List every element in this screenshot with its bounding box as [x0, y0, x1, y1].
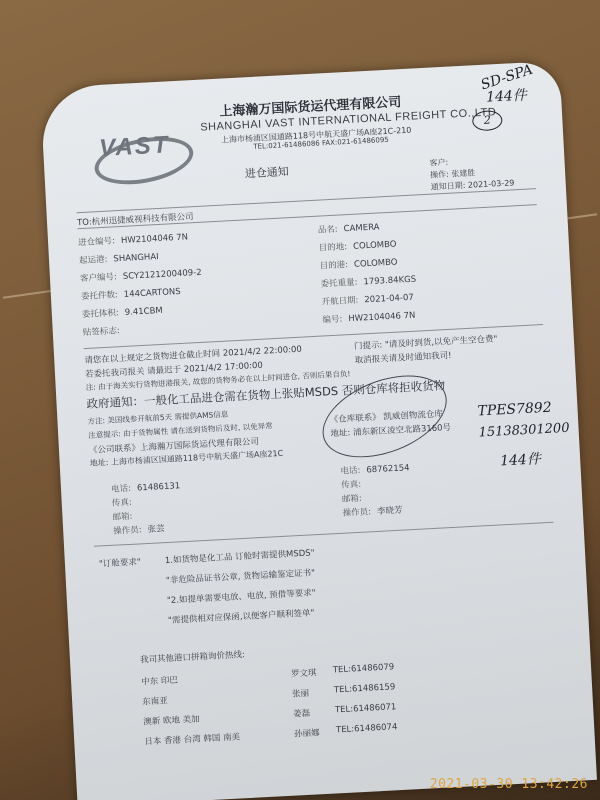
field-label: 传真:	[341, 480, 361, 491]
field-label: 客户编号:	[80, 272, 117, 284]
field-label: 操作员:	[113, 525, 142, 536]
field-label: 贴签标志:	[83, 326, 120, 338]
field-value: COLOMBO	[354, 258, 398, 270]
meta-customer: 客户:	[429, 157, 448, 169]
hotline-tel: TEL:61486079	[333, 662, 395, 675]
field-label: 目的地:	[319, 242, 348, 253]
warehouse-entry-notice: VAST 上海瀚万国际货运代理有限公司 SHANGHAI VAST INTERN…	[40, 61, 597, 800]
field-label: 编号:	[322, 314, 342, 325]
field-value: HW2104046 7N	[348, 311, 416, 324]
shipment-field: 品名:CAMERA	[317, 220, 379, 235]
contact-field: 邮箱:	[342, 491, 368, 504]
vast-logo: VAST	[84, 128, 196, 184]
field-label: 开航日期:	[321, 296, 358, 308]
shipment-field: 开航日期:2021-04-07	[321, 291, 414, 308]
field-label: 电话:	[340, 466, 360, 477]
field-value: HW2104046 7N	[121, 232, 189, 245]
field-value: SCY2121200409-2	[123, 268, 202, 282]
handwritten-code: TPES7892	[477, 400, 552, 420]
shipment-field: 委托重量:1793.84KGS	[320, 273, 416, 290]
contact-field: 电话:68762154	[340, 461, 410, 477]
field-label: 起运港:	[79, 255, 108, 266]
shipment-field: 委托体积:9.41CBM	[82, 304, 163, 320]
hotline-title: 我司其他港口拼箱询价热线:	[140, 648, 245, 665]
field-value	[138, 511, 139, 521]
hotline-tel: TEL:61486071	[335, 702, 397, 715]
booking-requirement: 1.如货物是化工品 订舱时需提供MSDS"	[165, 546, 315, 566]
contact-field: 操作员:张芸	[113, 522, 165, 537]
photo-timestamp: 2021-03-30 13:42:26	[430, 777, 588, 792]
field-value: 李晓芳	[377, 506, 403, 517]
field-value	[125, 326, 126, 336]
hotline-region: 日本 香港 台湾 韩国 南美	[144, 730, 240, 747]
shipment-field: 目的港:COLOMBO	[319, 256, 397, 272]
shipment-field: 目的地:COLOMBO	[318, 238, 396, 254]
field-value: CAMERA	[343, 222, 379, 234]
hotline-region: 东南亚	[142, 694, 168, 707]
shipment-field: 编号:HW2104046 7N	[322, 309, 416, 326]
field-value: 144CARTONS	[124, 287, 181, 300]
contact-field: 邮箱:	[112, 509, 138, 522]
field-label: 传真:	[112, 498, 132, 509]
field-value: 68762154	[366, 463, 410, 475]
document-title: 进仓通知	[244, 163, 289, 181]
field-value	[137, 497, 138, 507]
field-label: 操作员:	[342, 507, 371, 518]
field-value: 61486131	[137, 481, 181, 493]
hotline-name: 孙丽娜	[294, 726, 320, 739]
field-label: 委托件数:	[81, 290, 118, 302]
shipment-field: 进仓编号:HW2104046 7N	[78, 230, 188, 248]
divider	[77, 188, 536, 213]
right-notice-1: 门提示: "请及时到货,以免产生空仓费"	[354, 332, 498, 351]
field-label: 进仓编号:	[78, 236, 115, 248]
booking-requirement: "2.如提单需要电放、电放, 预借等要求"	[167, 586, 316, 606]
booking-requirement: "需提供相对应保函,以便客户顺利签单"	[168, 606, 315, 626]
field-value	[367, 479, 368, 489]
right-notice-2: 取消报关请及时通知我司!	[354, 349, 451, 366]
shipment-field: 客户编号:SCY2121200409-2	[80, 266, 202, 284]
contact-field: 电话:61486131	[111, 479, 181, 495]
contact-field: 操作员:李晓芳	[342, 504, 402, 519]
field-label: 电话:	[111, 484, 131, 495]
shipment-field: 委托件数:144CARTONS	[81, 285, 181, 302]
field-label: 邮箱:	[112, 512, 132, 523]
field-value: 9.41CBM	[124, 306, 163, 318]
field-label: 目的港:	[319, 260, 348, 271]
hotline-name: 姜磊	[293, 707, 311, 720]
logo-text: VAST	[99, 131, 171, 163]
hotline-region: 中东 印巴	[141, 674, 178, 688]
shipment-field: 贴签标志:	[83, 324, 126, 338]
field-label: 品名:	[318, 225, 338, 236]
shipment-field: 起运港:SHANGHAI	[79, 250, 159, 266]
field-value: 张芸	[147, 524, 165, 535]
handwritten-count: 144件	[500, 448, 542, 470]
handwritten-phone: 15138301200	[478, 421, 570, 441]
hotline-tel: TEL:61486074	[336, 722, 398, 735]
contact-field: 传真:	[341, 477, 367, 490]
hotline-name: 张丽	[292, 687, 310, 700]
field-value: 1793.84KGS	[363, 275, 416, 288]
hotline-name: 罗文琪	[291, 666, 317, 679]
hotline-tel: TEL:61486159	[334, 682, 396, 695]
field-label: 委托重量:	[320, 278, 357, 290]
contact-field: 传真:	[111, 495, 137, 508]
handwritten-count: 144件	[486, 85, 528, 107]
booking-requirement: "非危险品证书公章, 货物运输鉴定证书"	[166, 566, 316, 586]
hotline-region: 澳新 欧地 美加	[143, 713, 200, 728]
field-label: 邮箱:	[342, 494, 362, 505]
booking-label: "订舱要求"	[99, 555, 141, 569]
handwritten-circled-number: 2	[472, 110, 503, 132]
field-label: 委托体积:	[82, 308, 119, 320]
field-value: 2021-04-07	[364, 293, 414, 306]
field-value: COLOMBO	[353, 240, 397, 252]
field-value	[368, 493, 369, 503]
field-value: SHANGHAI	[113, 252, 159, 264]
